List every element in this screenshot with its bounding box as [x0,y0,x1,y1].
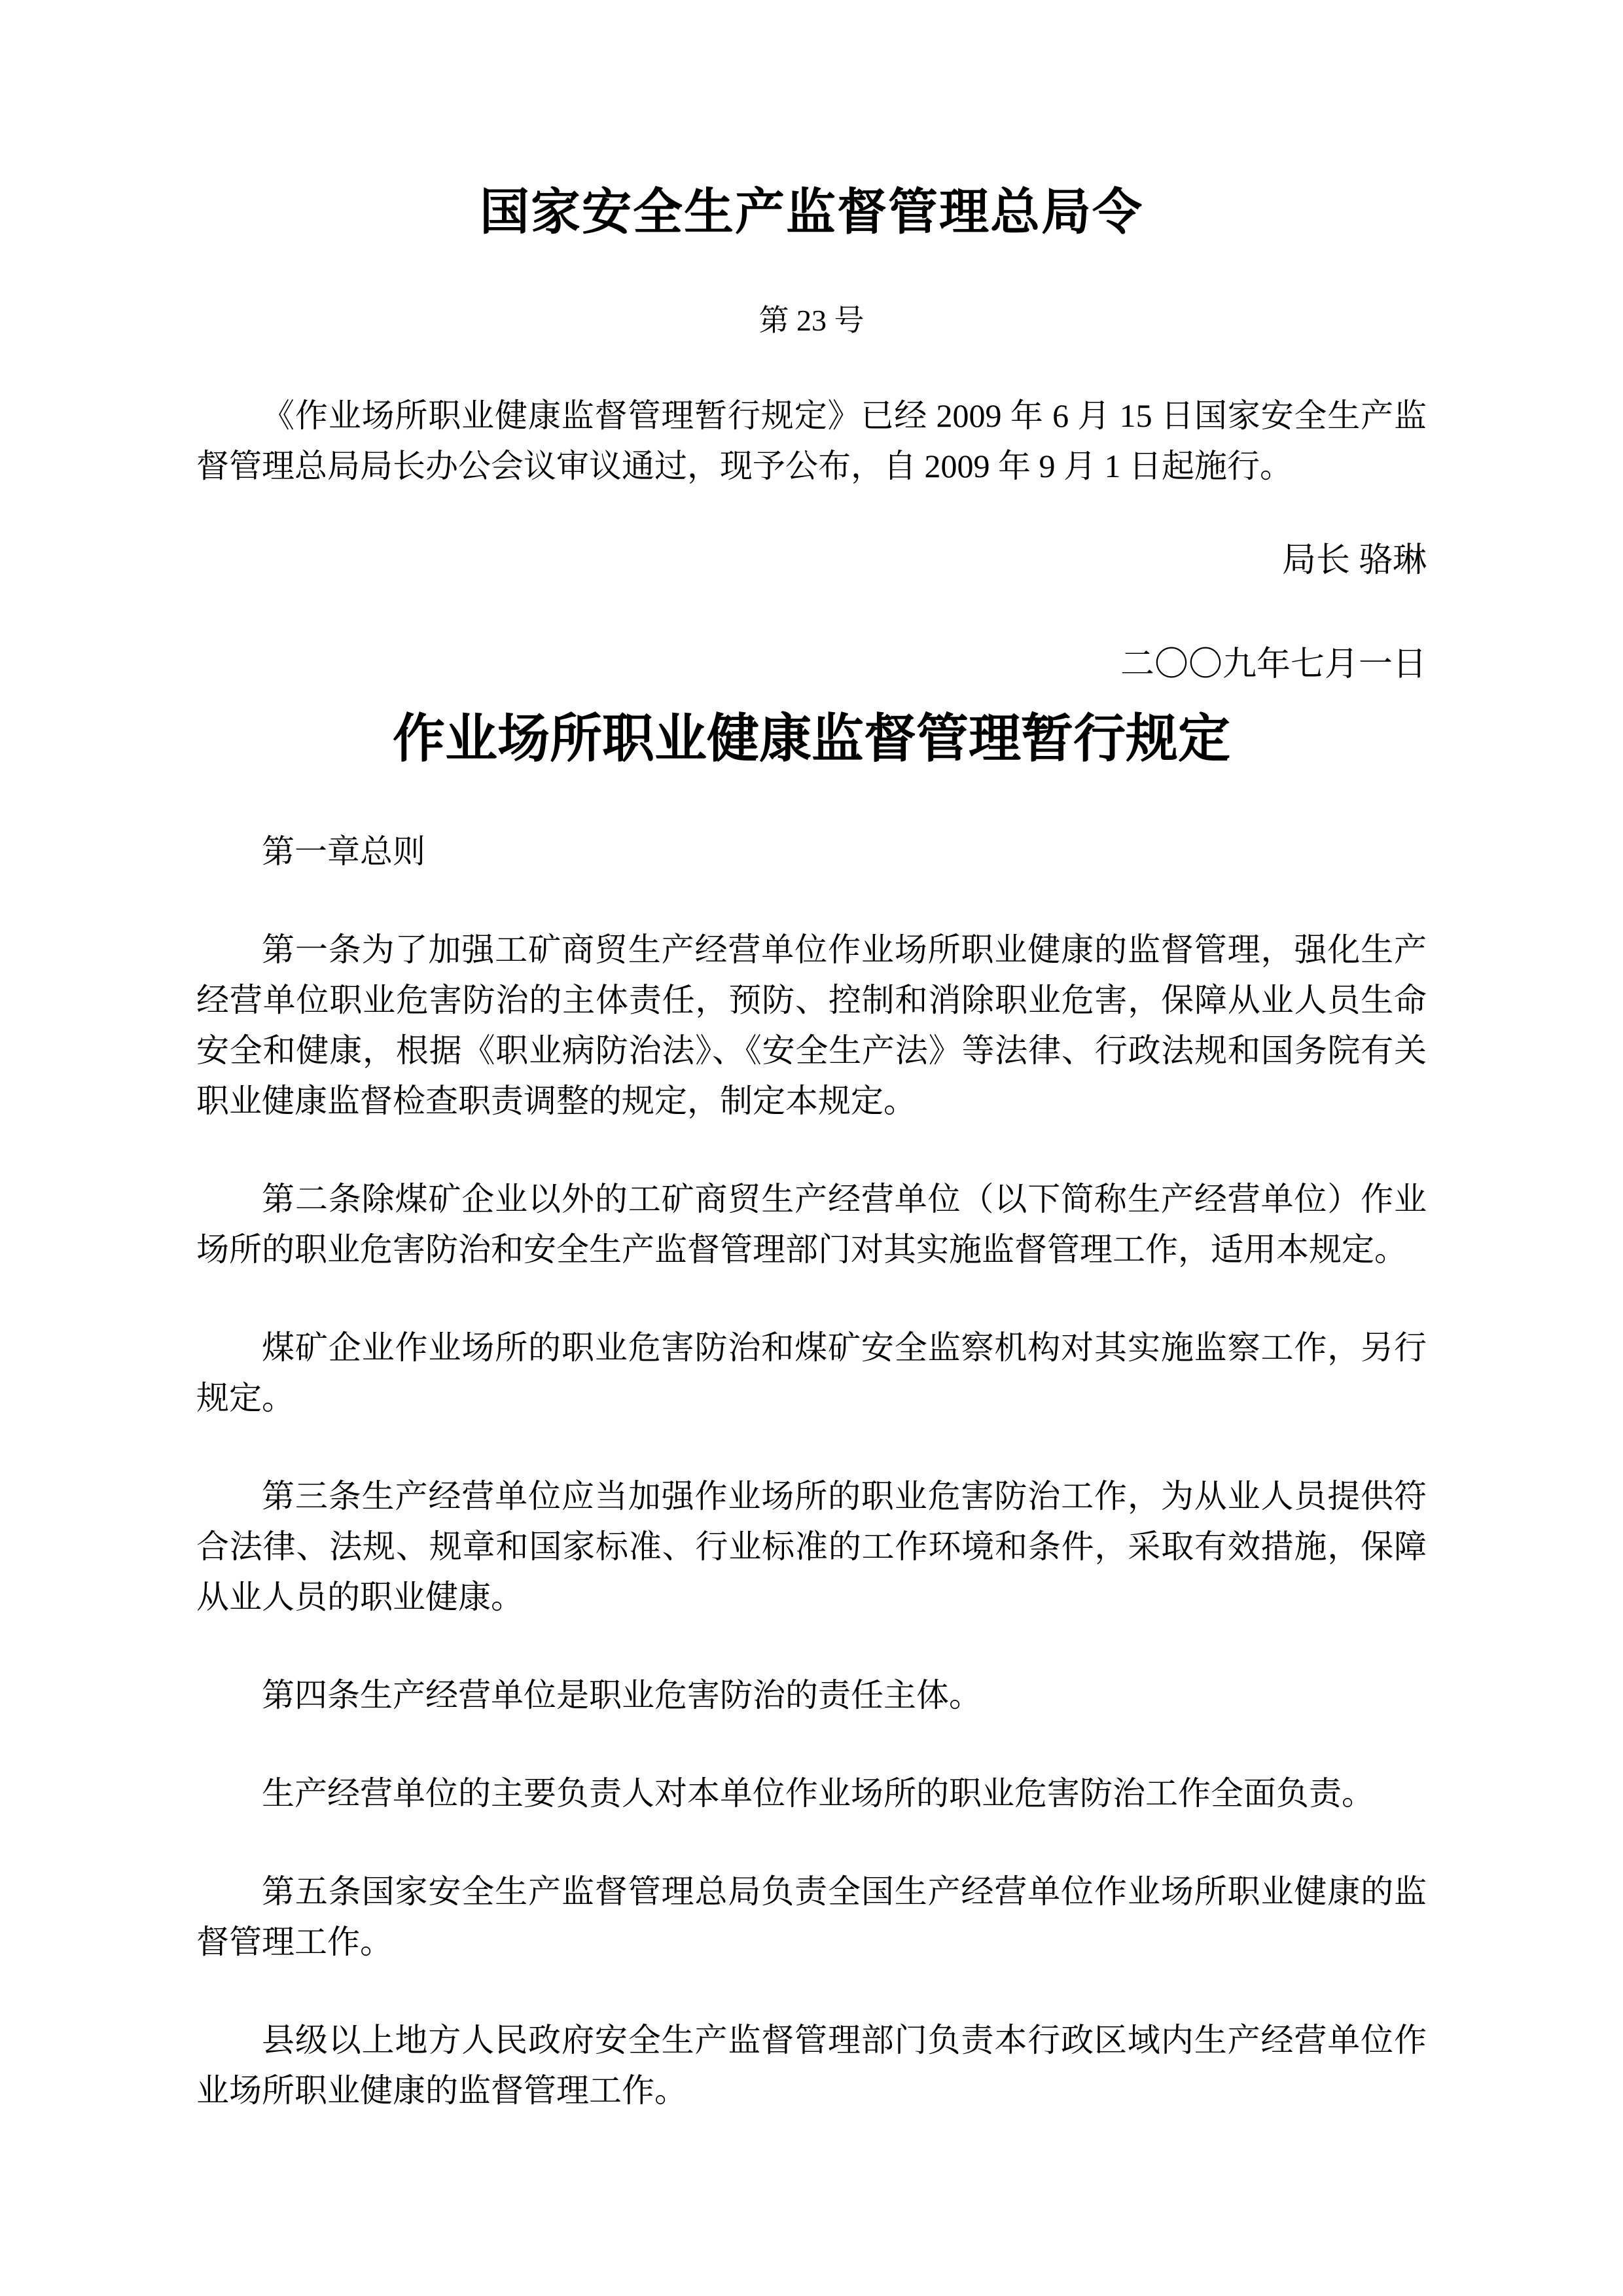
document-title: 国家安全生产监督管理总局令 [196,185,1427,240]
chapter-heading: 第一章总则 [196,827,1427,877]
issue-date-line: 二〇〇九年七月一日 [196,639,1427,690]
article-paragraph-8: 县级以上地方人民政府安全生产监督管理部门负责本行政区域内生产经营单位作业场所职业… [196,2015,1427,2116]
article-paragraph-4: 第三条生产经营单位应当加强作业场所的职业危害防治工作，为从业人员提供符合法律、法… [196,1471,1427,1623]
article-paragraph-6: 生产经营单位的主要负责人对本单位作业场所的职业危害防治工作全面负责。 [196,1768,1427,1819]
article-paragraph-7: 第五条国家安全生产监督管理总局负责全国生产经营单位作业场所职业健康的监督管理工作… [196,1867,1427,1967]
article-paragraph-1: 第一条为了加强工矿商贸生产经营单位作业场所职业健康的监督管理，强化生产经营单位职… [196,925,1427,1126]
preamble-paragraph: 《作业场所职业健康监督管理暂行规定》已经 2009 年 6 月 15 日国家安全… [196,391,1427,492]
order-number: 第 23 号 [196,306,1427,336]
regulation-title: 作业场所职业健康监督管理暂行规定 [196,709,1427,770]
article-paragraph-2: 第二条除煤矿企业以外的工矿商贸生产经营单位（以下简称生产经营单位）作业场所的职业… [196,1174,1427,1275]
article-paragraph-5: 第四条生产经营单位是职业危害防治的责任主体。 [196,1670,1427,1721]
document-page: 国家安全生产监督管理总局令 第 23 号 《作业场所职业健康监督管理暂行规定》已… [0,0,1623,2296]
signer-line: 局长 骆琳 [196,535,1427,586]
article-paragraph-3: 煤矿企业作业场所的职业危害防治和煤矿安全监察机构对其实施监察工作，另行规定。 [196,1323,1427,1424]
